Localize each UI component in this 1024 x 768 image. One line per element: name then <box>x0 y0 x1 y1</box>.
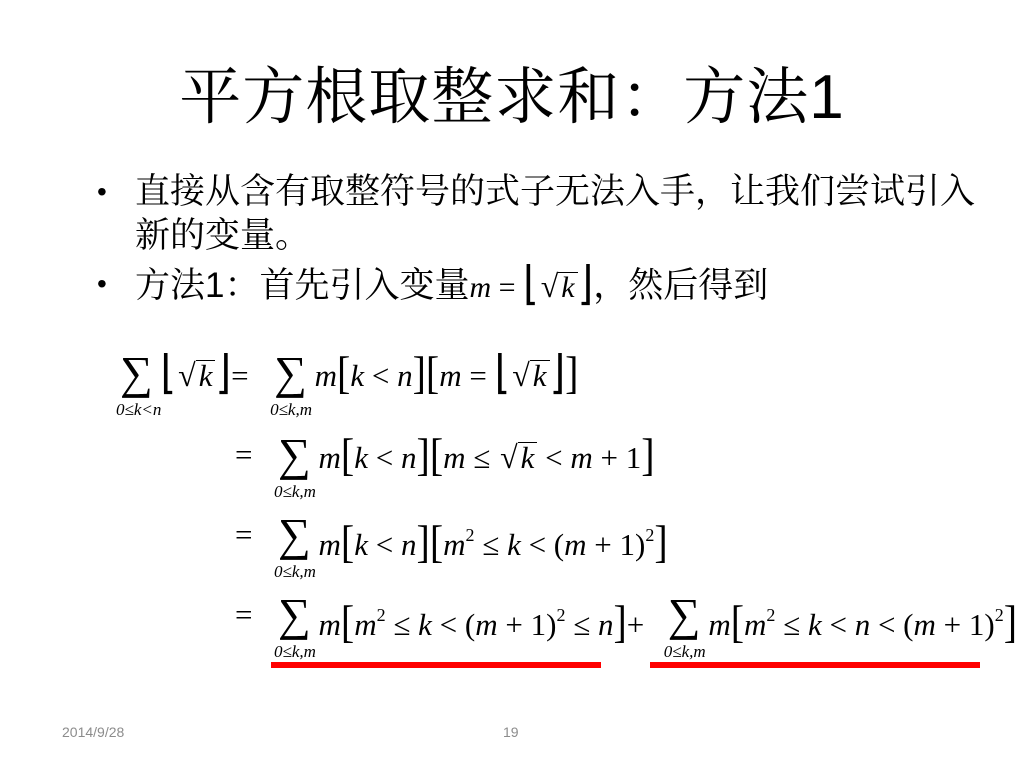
slide-title: 平方根取整求和：方法1 <box>0 52 1024 143</box>
footer-date: 2014/9/28 <box>62 724 124 740</box>
equation-row-1: ∑0≤k<n ⌊√k⌋= ∑0≤k,m m[k < n][m = ⌊√k⌋] <box>120 350 579 430</box>
bullet-prefix: 方法 <box>135 266 205 306</box>
footer-page-number: 19 <box>503 724 519 740</box>
sum-symbol: ∑0≤k,m <box>668 592 701 638</box>
equals-sign: = <box>235 432 260 478</box>
bullet-item-2: • 方法1：首先引入变量m = ⌊√k⌋，然后得到 <box>95 262 985 310</box>
bullet-middle: ：首先引入变量 <box>224 266 469 306</box>
sum-symbol: ∑0≤k,m <box>278 592 311 638</box>
title-number: 1 <box>809 63 844 132</box>
bullet-item-1: • 直接从含有取整符号的式子无法入手，让我们尝试引入新的变量。 <box>95 170 985 258</box>
sum-symbol: ∑0≤k,m <box>274 350 307 396</box>
equation-row-2: = ∑0≤k,m m[k < n][m ≤ √k < m + 1] <box>235 432 655 512</box>
sum-subscript: 0≤k,m <box>664 642 706 662</box>
equation-term: m[k < n][m2 ≤ k < (m + 1)2] <box>319 512 668 568</box>
bullet-dot-icon: • <box>97 170 107 214</box>
equation-row-4: = ∑0≤k,m m[m2 ≤ k < (m + 1)2 ≤ n]+ ∑0≤k,… <box>235 592 1017 672</box>
floor-sqrt-k: ⌊√k⌋= <box>161 350 257 399</box>
inline-math-m-floor-sqrt-k: m = ⌊√k⌋ <box>470 271 594 304</box>
sum-symbol: ∑0≤k,m <box>278 432 311 478</box>
sum-subscript: 0≤k,m <box>274 562 316 582</box>
sum-subscript: 0≤k,m <box>274 642 316 662</box>
red-underline-first-sum <box>271 662 601 668</box>
sum-symbol: ∑0≤k<n <box>120 350 153 396</box>
bullet-text: 直接从含有取整符号的式子无法入手，让我们尝试引入新的变量。 <box>135 172 975 256</box>
equation-term-first: m[m2 ≤ k < (m + 1)2 ≤ n]+ <box>319 592 652 648</box>
equation-term: m[k < n][m ≤ √k < m + 1] <box>319 432 655 481</box>
bullet-suffix: ，然后得到 <box>593 266 768 306</box>
sum-subscript: 0≤k,m <box>274 482 316 502</box>
bullet-dot-icon: • <box>97 262 107 306</box>
equation-row-3: = ∑0≤k,m m[k < n][m2 ≤ k < (m + 1)2] <box>235 512 668 592</box>
equals-sign: = <box>235 592 260 638</box>
equation-term-second: m[m2 ≤ k < n < (m + 1)2] <box>708 592 1017 648</box>
red-underline-second-sum <box>650 662 980 668</box>
equals-sign: = <box>235 512 260 558</box>
bullet-list: • 直接从含有取整符号的式子无法入手，让我们尝试引入新的变量。 • 方法1：首先… <box>95 170 985 310</box>
sum-symbol: ∑0≤k,m <box>278 512 311 558</box>
bullet-prefix-number: 1 <box>205 266 224 305</box>
equation-term: m[k < n][m = ⌊√k⌋] <box>315 350 579 399</box>
sum-subscript: 0≤k,m <box>270 400 312 420</box>
title-text: 平方根取整求和：方法 <box>179 60 809 133</box>
sum-subscript: 0≤k<n <box>116 400 161 420</box>
